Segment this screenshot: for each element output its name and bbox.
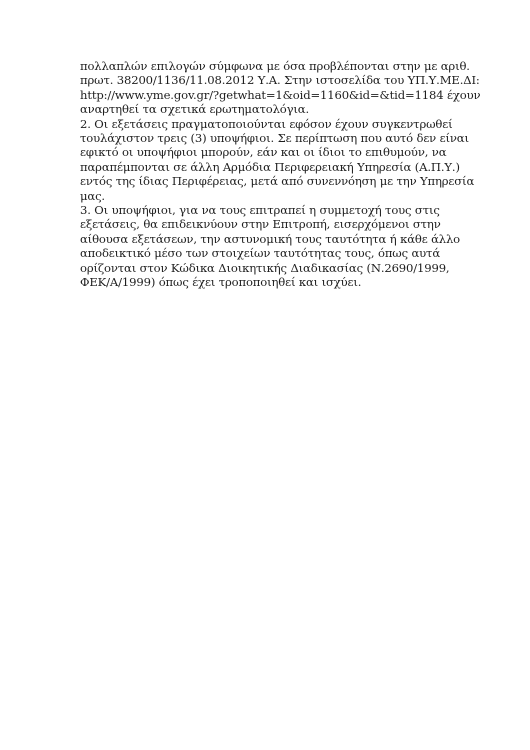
text-line: τουλάχιστον τρεις (3) υποψήφιοι. Σε περί… [80, 131, 480, 145]
text-line: εντός της ίδιας Περιφέρειας, μετά από συ… [80, 174, 480, 188]
text-line: αίθουσα εξετάσεων, την αστυνομική τους τ… [80, 232, 480, 246]
text-line-closing: ΦΕΚ/Α/1999) όπως έχει τροποποιηθεί και ι… [80, 275, 480, 289]
text-line-item-2-start: 2. Οι εξετάσεις πραγματοποιούνται εφόσον… [80, 117, 480, 131]
text-line-protocol-number: πρωτ. 38200/1136/11.08.2012 Υ.Α. Στην ισ… [80, 73, 480, 87]
text-line: μας. [80, 189, 480, 203]
text-line-url: http://www.yme.gov.gr/?getwhat=1&oid=116… [80, 88, 480, 102]
body-text: πολλαπλών επιλογών σύμφωνα με όσα προβλέ… [80, 59, 480, 290]
text-line: ορίζονται στον Κώδικα Διοικητικής Διαδικ… [80, 261, 480, 275]
text-line-questionnaires-posted: αναρτηθεί τα σχετικά ερωτηματολόγια. [80, 102, 480, 116]
text-line-item-3-start: 3. Οι υποψήφιοι, για να τους επιτραπεί η… [80, 203, 480, 217]
text-line-questionnaires-intro: πολλαπλών επιλογών σύμφωνα με όσα προβλέ… [80, 59, 480, 73]
text-line: παραπέμπονται σε άλλη Αρμόδια Περιφερεια… [80, 160, 480, 174]
document-page: πολλαπλών επιλογών σύμφωνα με όσα προβλέ… [0, 0, 530, 750]
text-line: εξετάσεις, θα επιδεικνύουν στην Επιτροπή… [80, 217, 480, 231]
text-line: εφικτό οι υποψήφιοι μπορούν, εάν και οι … [80, 145, 480, 159]
text-line: αποδεικτικό μέσο των στοιχείων ταυτότητα… [80, 246, 480, 260]
